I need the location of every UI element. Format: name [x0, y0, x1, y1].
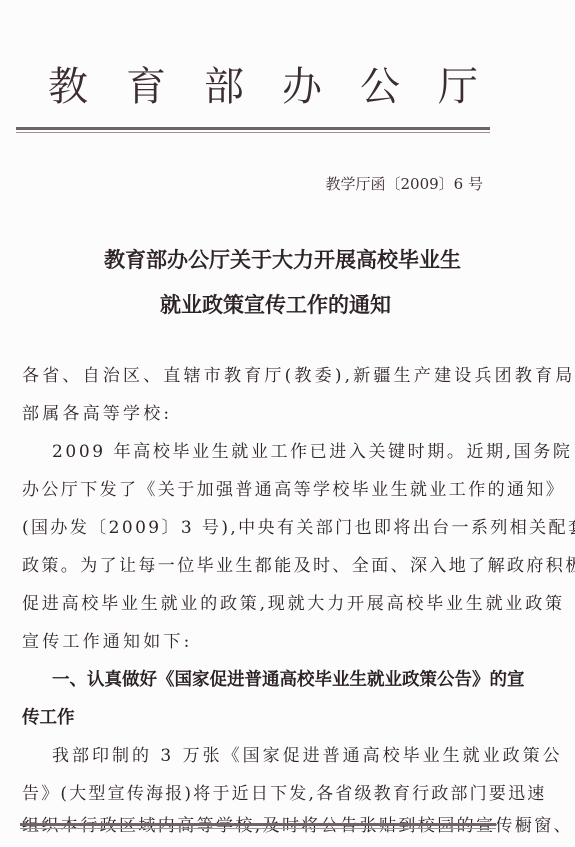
footer-rule-thin [20, 828, 496, 829]
paragraph-line: (国办发〔2009〕3 号),中央有关部门也即将出台一系列相关配套 [22, 517, 492, 539]
paragraph-line: 2009 年高校毕业生就业工作已进入关键时期。近期,国务院 [52, 441, 522, 463]
letterhead-org-name: 教育部办公厅 [48, 62, 508, 112]
paragraph-line: 告》(大型宣传海报)将于近日下发,各省级教育行政部门要迅速 [22, 783, 492, 805]
addressee-line: 部属各高等学校: [22, 403, 492, 425]
letterhead-rule-thin [16, 132, 490, 133]
paragraph-line: 组织本行政区域内高等学校,及时将公告张贴到校园的宣传橱窗、 [22, 815, 492, 837]
letterhead-rule [16, 127, 490, 130]
section-heading-continued: 传工作 [22, 707, 75, 729]
document-title-line-2: 就业政策宣传工作的通知 [0, 291, 563, 319]
paragraph-line: 我部印制的 3 万张《国家促进普通高校毕业生就业政策公 [52, 745, 522, 767]
section-heading: 一、认真做好《国家促进普通高校毕业生就业政策公告》的宣 [52, 669, 525, 691]
paragraph-line: 政策。为了让每一位毕业生都能及时、全面、深入地了解政府积极 [22, 555, 492, 577]
paragraph-line: 办公厅下发了《关于加强普通高等学校毕业生就业工作的通知》 [22, 479, 492, 501]
paragraph-line: 宣传工作通知如下: [22, 631, 492, 653]
document-title-line-1: 教育部办公厅关于大力开展高校毕业生 [0, 246, 570, 274]
footer-rule [20, 823, 496, 826]
paragraph-line: 促进高校毕业生就业的政策,现就大力开展高校毕业生就业政策 [22, 593, 492, 615]
addressee-line: 各省、自治区、直辖市教育厅(教委),新疆生产建设兵团教育局, [22, 365, 492, 387]
document-number: 教学厅函〔2009〕6 号 [326, 174, 484, 194]
